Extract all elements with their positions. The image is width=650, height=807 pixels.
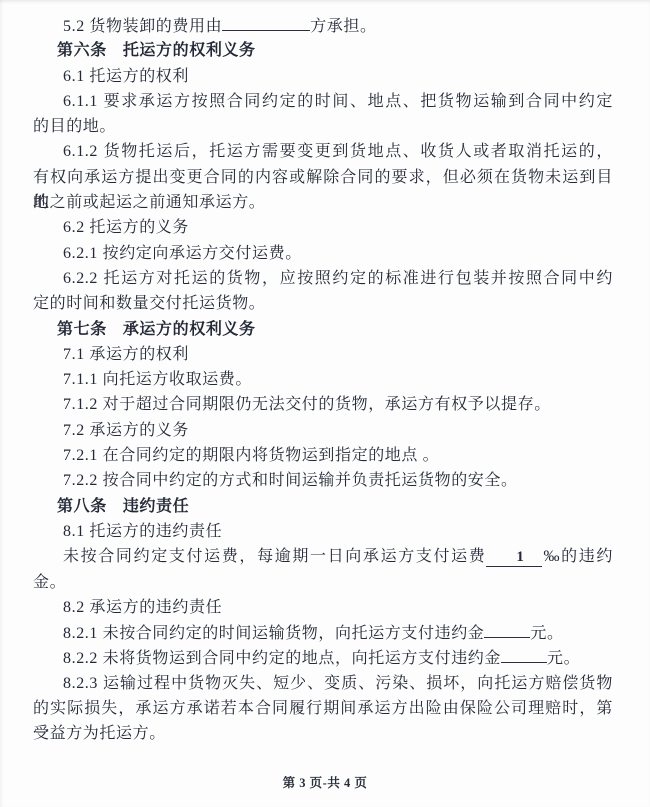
- contract-text-line: 5.2 货物装卸的费用由方承担。: [33, 13, 613, 38]
- contract-document-page: 5.2 货物装卸的费用由方承担。第六条托运方的权利义务6.1 托运方的权利6.1…: [0, 0, 650, 807]
- clause-heading: 第八条违约责任: [33, 494, 613, 519]
- contract-text-line: 8.1 托运方的违约责任: [33, 519, 613, 544]
- text-segment: 7.1.2 对于超过合同期限仍无法交付的货物，承运方有权予以提存。: [63, 396, 551, 413]
- contract-text-line: 定的时间和数量交付托运货物。: [33, 291, 613, 316]
- text-segment: 承运方的权利义务: [123, 321, 256, 338]
- text-segment: 未按合同约定支付运费，每逾期一日向承运方支付运费: [63, 548, 486, 565]
- contract-text-line: 8.2.3 运输过程中货物灭失、短少、变质、污染、损坏，向托运方赔偿货物: [33, 671, 613, 696]
- text-segment: 第六条: [57, 42, 107, 59]
- contract-text-line: 地之前或起运之前通知承运方。: [33, 190, 613, 215]
- text-segment: 8.2.3 运输过程中货物灭失、短少、变质、污染、损坏，向托运方赔偿货物: [63, 675, 613, 692]
- contract-text-line: 6.1 托运方的权利: [33, 64, 613, 89]
- contract-text-line: 的实际损失，承运方承诺若本合同履行期间承运方出险由保险公司理赔时，第一: [33, 696, 613, 721]
- clause-heading: 第六条托运方的权利义务: [33, 38, 613, 63]
- text-segment: 6.1.2 货物托运后，托运方需要变更到货地点、收货人或者取消托运的，: [63, 143, 613, 160]
- text-segment: 第七条: [57, 321, 107, 338]
- text-segment: 定的时间和数量交付托运货物。: [33, 295, 265, 312]
- text-segment: 元。: [530, 625, 563, 642]
- text-segment: 7.1.1 向托运方收取运费。: [63, 371, 252, 388]
- contract-text-line: 7.2 承运方的义务: [33, 418, 613, 443]
- text-segment: 金。: [33, 574, 66, 591]
- text-segment: 6.1.1 要求承运方按照合同约定的时间、地点、把货物运输到合同中约定: [63, 93, 613, 110]
- text-segment: 8.1 托运方的违约责任: [63, 523, 222, 540]
- text-segment: 6.2.1 按约定向承运方交付运费。: [63, 245, 302, 262]
- text-segment: ‰的违约: [542, 548, 613, 565]
- contract-text-line: 未按合同约定支付运费，每逾期一日向承运方支付运费1‰的违约: [33, 544, 613, 569]
- contract-text-line: 受益方为托运方。: [33, 721, 613, 746]
- text-segment: 8.2.2 未将货物运到合同中约定的地点，向托运方支付违约金: [63, 650, 501, 667]
- contract-text-line: 8.2.2 未将货物运到合同中约定的地点，向托运方支付违约金元。: [33, 645, 613, 670]
- text-segment: 8.2.1 未按合同约定的时间运输货物，向托运方支付违约金: [63, 625, 484, 642]
- text-segment: 5.2 货物装卸的费用由: [63, 18, 222, 35]
- text-segment: 7.2.1 在合同约定的期限内将货物运到指定的地点 。: [63, 447, 439, 464]
- text-segment: 7.2 承运方的义务: [63, 422, 189, 439]
- fill-in-blank: [501, 645, 547, 663]
- text-segment: 受益方为托运方。: [33, 725, 166, 742]
- fill-in-blank: [222, 13, 310, 31]
- contract-text-line: 6.1.2 货物托运后，托运方需要变更到货地点、收货人或者取消托运的，: [33, 139, 613, 164]
- clause-heading: 第七条承运方的权利义务: [33, 317, 613, 342]
- text-segment: 第八条: [57, 498, 107, 515]
- fill-in-blank: [484, 620, 530, 638]
- page-footer: 第 3 页-共 4 页: [0, 773, 650, 791]
- contract-text-line: 8.2.1 未按合同约定的时间运输货物，向托运方支付违约金元。: [33, 620, 613, 645]
- text-segment: 7.1 承运方的权利: [63, 346, 189, 363]
- contract-text-line: 7.2.2 按合同中约定的方式和时间运输并负责托运货物的安全。: [33, 468, 613, 493]
- fill-in-blank: 1: [486, 549, 542, 567]
- text-segment: 6.2 托运方的义务: [63, 219, 189, 236]
- contract-text-line: 金。: [33, 570, 613, 595]
- text-segment: 7.2.2 按合同中约定的方式和时间运输并负责托运货物的安全。: [63, 472, 518, 489]
- contract-text-line: 7.1.1 向托运方收取运费。: [33, 367, 613, 392]
- document-body: 5.2 货物装卸的费用由方承担。第六条托运方的权利义务6.1 托运方的权利6.1…: [33, 13, 613, 747]
- contract-text-line: 7.2.1 在合同约定的期限内将货物运到指定的地点 。: [33, 443, 613, 468]
- contract-text-line: 6.2.2 托运方对托运的货物，应按照约定的标准进行包装并按照合同中约: [33, 266, 613, 291]
- contract-text-line: 7.1.2 对于超过合同期限仍无法交付的货物，承运方有权予以提存。: [33, 392, 613, 417]
- text-segment: 方承担。: [310, 18, 376, 35]
- contract-text-line: 7.1 承运方的权利: [33, 342, 613, 367]
- text-segment: 6.1 托运方的权利: [63, 68, 189, 85]
- text-segment: 6.2.2 托运方对托运的货物，应按照约定的标准进行包装并按照合同中约: [63, 270, 613, 287]
- text-segment: 的目的地。: [33, 118, 116, 135]
- text-segment: 托运方的权利义务: [123, 42, 256, 59]
- text-segment: 元。: [547, 650, 580, 667]
- contract-text-line: 6.2.1 按约定向承运方交付运费。: [33, 241, 613, 266]
- text-segment: 8.2 承运方的违约责任: [63, 599, 222, 616]
- contract-text-line: 6.1.1 要求承运方按照合同约定的时间、地点、把货物运输到合同中约定: [33, 89, 613, 114]
- contract-text-line: 6.2 托运方的义务: [33, 215, 613, 240]
- page-number-text: 第 3 页-共 4 页: [283, 776, 368, 790]
- text-segment: 地之前或起运之前通知承运方。: [33, 194, 265, 211]
- text-segment: 违约责任: [123, 498, 189, 515]
- contract-text-line: 的目的地。: [33, 114, 613, 139]
- contract-text-line: 有权向承运方提出变更合同的内容或解除合同的要求，但必须在货物未运到目的: [33, 165, 613, 190]
- contract-text-line: 8.2 承运方的违约责任: [33, 595, 613, 620]
